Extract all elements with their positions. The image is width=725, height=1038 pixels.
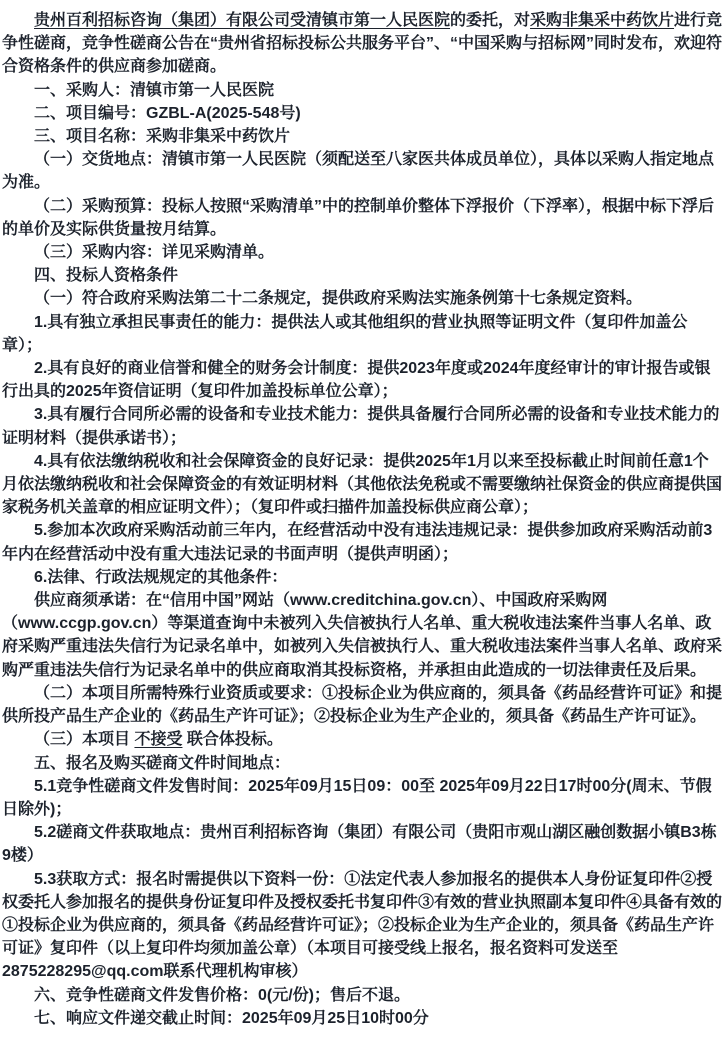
text-run: 5.2磋商文件获取地点：贵州百利招标咨询（集团）有限公司（贵阳市观山湖区融创数据… <box>2 824 717 864</box>
paragraph: 5.1竞争性磋商文件发售时间：2025年09月15日09：00至 2025年09… <box>2 775 723 821</box>
paragraph: 3.具有履行合同所必需的设备和专业技术能力：提供具备履行合同所必需的设备和专业技… <box>2 403 723 449</box>
text-run: （一）交货地点：清镇市第一人民医院（须配送至八家医共体成员单位），具体以采购人指… <box>2 151 714 191</box>
paragraph: 1.具有独立承担民事责任的能力：提供法人或其他组织的营业执照等证明文件（复印件加… <box>2 311 723 357</box>
paragraph: 四、投标人资格条件 <box>2 264 723 287</box>
paragraph: 三、项目名称：采购非集采中药饮片 <box>2 125 723 148</box>
paragraph: （二）本项目所需特殊行业资质或要求：①投标企业为供应商的，须具备《药品经营许可证… <box>2 682 723 728</box>
text-run: （一）符合政府采购法第二十二条规定，提供政府采购法实施条例第十七条规定资料。 <box>34 290 642 307</box>
paragraph: 5.3获取方式：报名时需提供以下资料一份：①法定代表人参加报名的提供本人身份证复… <box>2 868 723 984</box>
text-run: 六、竞争性磋商文件发售价格：0(元/份)；售后不退。 <box>34 987 410 1004</box>
paragraph: 六、竞争性磋商文件发售价格：0(元/份)；售后不退。 <box>2 984 723 1007</box>
procurement-announcement-page: 贵州百利招标咨询（集团）有限公司受清镇市第一人民医院的委托，对采购非集采中药饮片… <box>0 0 725 1038</box>
paragraph: （三）本项目 不接受 联合体投标。 <box>2 728 723 751</box>
paragraph: 贵州百利招标咨询（集团）有限公司受清镇市第一人民医院的委托，对采购非集采中药饮片… <box>2 9 723 79</box>
paragraph: 一、采购人：清镇市第一人民医院 <box>2 79 723 102</box>
text-run: 5.参加本次政府采购活动前三年内，在经营活动中没有违法违规记录：提供参加政府采购… <box>2 522 712 562</box>
paragraph: 4.具有依法缴纳税收和社会保障资金的良好记录：提供2025年1月以来至投标截止时… <box>2 450 723 520</box>
underlined-text: 不接受 <box>134 731 182 748</box>
text-run: 四、投标人资格条件 <box>34 267 178 284</box>
paragraph: （一）符合政府采购法第二十二条规定，提供政府采购法实施条例第十七条规定资料。 <box>2 287 723 310</box>
text-run: 联合体投标。 <box>182 731 282 748</box>
paragraph: 5.参加本次政府采购活动前三年内，在经营活动中没有违法违规记录：提供参加政府采购… <box>2 519 723 565</box>
text-run: 6.法律、行政法规规定的其他条件： <box>34 569 287 586</box>
text-run: 一、采购人：清镇市第一人民医院 <box>34 82 274 99</box>
text-run: 3.具有履行合同所必需的设备和专业技术能力：提供具备履行合同所必需的设备和专业技… <box>2 406 719 446</box>
text-run: （二）本项目所需特殊行业资质或要求：①投标企业为供应商的，须具备《药品经营许可证… <box>2 685 722 725</box>
text-run: 三、项目名称：采购非集采中药饮片 <box>34 128 290 145</box>
text-run: 5.1竞争性磋商文件发售时间：2025年09月15日09：00至 2025年09… <box>2 778 712 818</box>
text-run: 2.具有良好的商业信誉和健全的财务会计制度：提供2023年度或2024年度经审计… <box>2 360 711 400</box>
text-run: 供应商须承诺：在“信用中国”网站（www.creditchina.gov.cn）… <box>2 592 722 679</box>
text-run: 七、响应文件递交截止时间：2025年09月25日10时00分 <box>34 1010 429 1027</box>
paragraph: 供应商须承诺：在“信用中国”网站（www.creditchina.gov.cn）… <box>2 589 723 682</box>
underlined-text: 贵州百利招标咨询（集团）有限公司受清镇市第一人民医院 <box>34 12 450 29</box>
paragraph: 七、响应文件递交截止时间：2025年09月25日10时00分 <box>2 1007 723 1030</box>
underlined-text: 采购非集采中药饮片 <box>530 12 674 29</box>
document-body: 贵州百利招标咨询（集团）有限公司受清镇市第一人民医院的委托，对采购非集采中药饮片… <box>2 9 723 1030</box>
text-run: 二、项目编号：GZBL-A(2025-548号) <box>34 105 301 122</box>
text-run: 的委托，对 <box>450 12 530 29</box>
paragraph: 2.具有良好的商业信誉和健全的财务会计制度：提供2023年度或2024年度经审计… <box>2 357 723 403</box>
paragraph: （三）采购内容：详见采购清单。 <box>2 241 723 264</box>
text-run: 1.具有独立承担民事责任的能力：提供法人或其他组织的营业执照等证明文件（复印件加… <box>2 314 687 354</box>
text-run: 五、报名及购买磋商文件时间地点： <box>34 755 290 772</box>
paragraph: 二、项目编号：GZBL-A(2025-548号) <box>2 102 723 125</box>
paragraph: （二）采购预算：投标人按照“采购清单”中的控制单价整体下浮报价（下浮率），根据中… <box>2 195 723 241</box>
text-run: 4.具有依法缴纳税收和社会保障资金的良好记录：提供2025年1月以来至投标截止时… <box>2 453 722 516</box>
paragraph: 5.2磋商文件获取地点：贵州百利招标咨询（集团）有限公司（贵阳市观山湖区融创数据… <box>2 821 723 867</box>
text-run: （二）采购预算：投标人按照“采购清单”中的控制单价整体下浮报价（下浮率），根据中… <box>2 198 714 238</box>
paragraph: 五、报名及购买磋商文件时间地点： <box>2 752 723 775</box>
paragraph: （一）交货地点：清镇市第一人民医院（须配送至八家医共体成员单位），具体以采购人指… <box>2 148 723 194</box>
paragraph: 6.法律、行政法规规定的其他条件： <box>2 566 723 589</box>
text-run: 5.3获取方式：报名时需提供以下资料一份：①法定代表人参加报名的提供本人身份证复… <box>2 871 722 981</box>
text-run: （三）采购内容：详见采购清单。 <box>34 244 274 261</box>
text-run: （三）本项目 <box>34 731 134 748</box>
